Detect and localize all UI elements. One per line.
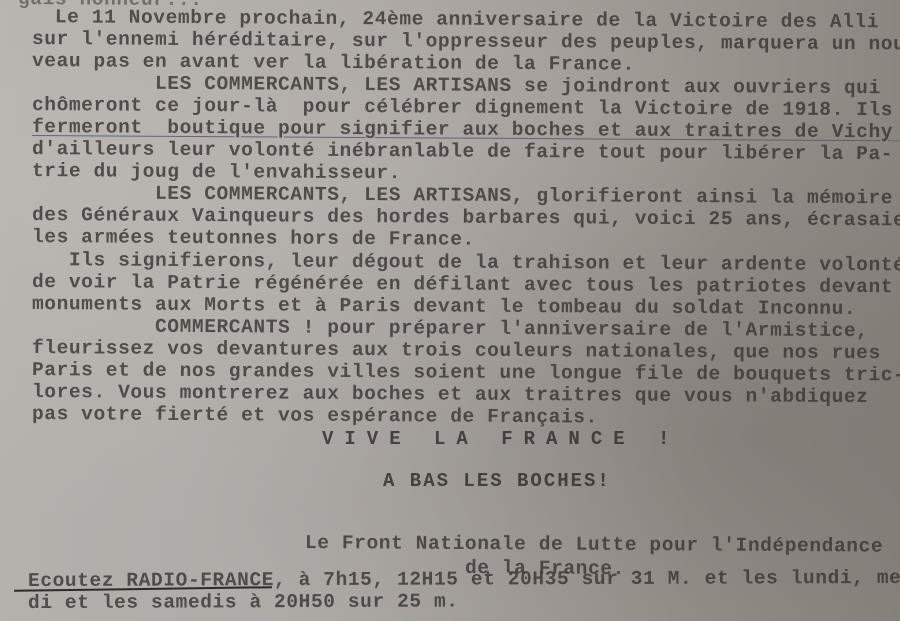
document-page: gais honneur... Le 11 Novembre prochain,… [0,0,900,621]
text-line: trie du joug de l'envahisseur. [32,160,401,184]
text-line: pas votre fierté et vos espérance de Fra… [32,403,598,428]
footer-radio-line-2: di et les samedis à 20H50 sur 25 m. [28,590,459,614]
slogan-vive-la-france: VIVE LA FRANCE ! [322,428,680,450]
signature-line-1: Le Front Nationale de Lutte pour l'Indép… [305,532,883,558]
text-line: les armées teutonnes hors de France. [32,226,475,251]
slogan-a-bas-les-boches: A BAS LES BOCHES! [383,470,611,492]
radio-schedule-text: à 7h15, 12H15 et 20H35 sur 31 M. et les … [286,567,900,591]
